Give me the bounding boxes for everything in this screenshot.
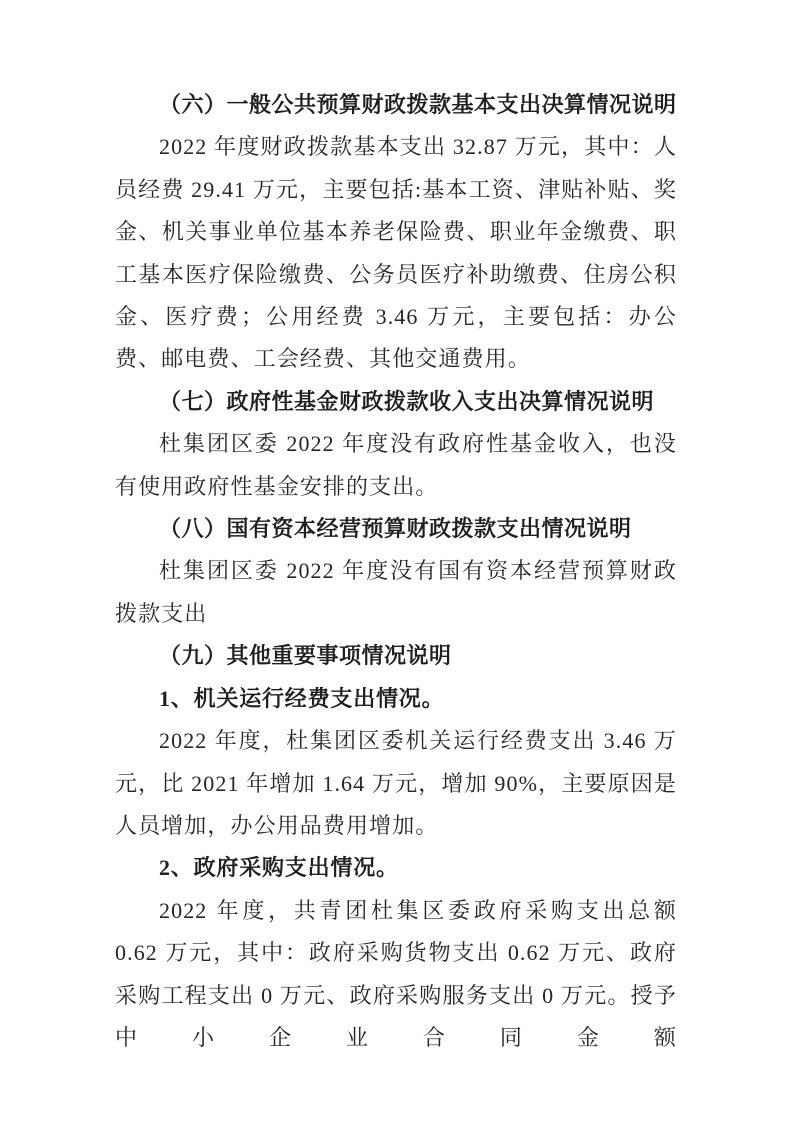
section-heading-7-government-fund: （七）政府性基金财政拨款收入支出决算情况说明: [115, 381, 677, 423]
section-8-paragraph-state-capital-detail: 杜集团区委 2022 年度没有国有资本经营预算财政拨款支出: [115, 550, 677, 635]
paragraph-agency-operating-expense-detail: 2022 年度，杜集团区委机关运行经费支出 3.46 万元，比 2021 年增加…: [115, 720, 677, 847]
section-heading-6-basic-expenditure: （六）一般公共预算财政拨款基本支出决算情况说明: [115, 84, 677, 126]
document-body: （六）一般公共预算财政拨款基本支出决算情况说明 2022 年度财政拨款基本支出 …: [115, 84, 677, 1059]
document-page: （六）一般公共预算财政拨款基本支出决算情况说明 2022 年度财政拨款基本支出 …: [0, 0, 793, 1122]
subheading-1-agency-operating-expense: 1、机关运行经费支出情况。: [115, 678, 677, 720]
paragraph-government-procurement-detail: 2022 年度，共青团杜集区委政府采购支出总额 0.62 万元，其中：政府采购货…: [115, 890, 677, 1060]
section-heading-8-state-capital: （八）国有资本经营预算财政拨款支出情况说明: [115, 508, 677, 550]
subheading-2-government-procurement: 2、政府采购支出情况。: [115, 847, 677, 889]
section-7-paragraph-government-fund-detail: 杜集团区委 2022 年度没有政府性基金收入，也没有使用政府性基金安排的支出。: [115, 423, 677, 508]
section-6-paragraph-basic-expenditure-detail: 2022 年度财政拨款基本支出 32.87 万元，其中：人员经费 29.41 万…: [115, 126, 677, 380]
section-heading-9-other-important-matters: （九）其他重要事项情况说明: [115, 635, 677, 677]
